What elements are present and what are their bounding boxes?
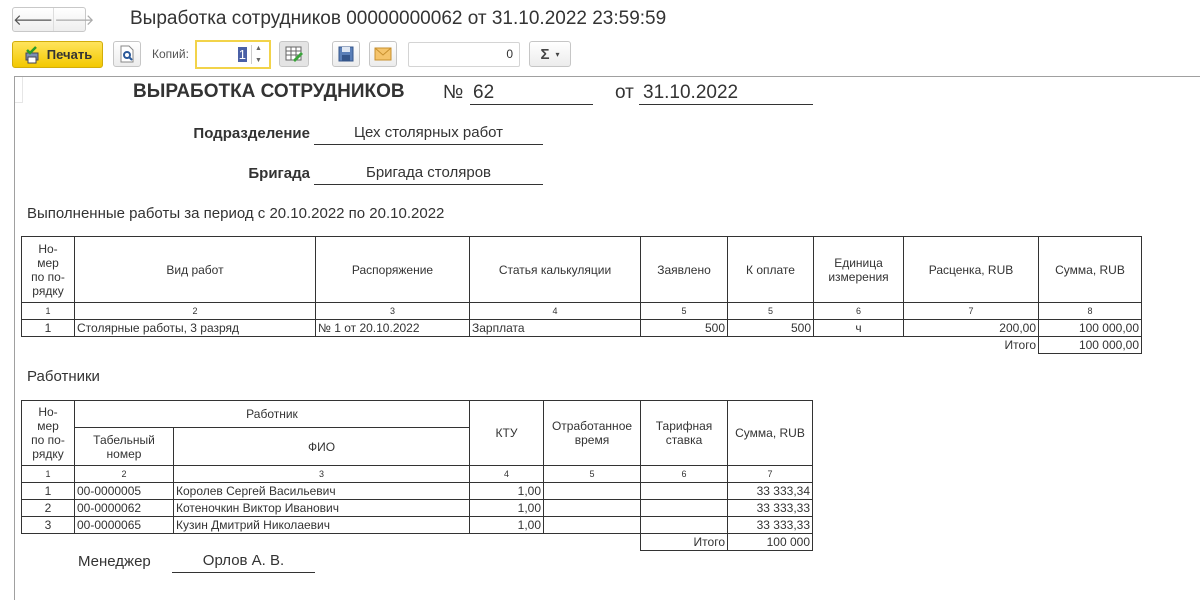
arrow-left-icon: 🡐 (13, 10, 53, 29)
department-value: Цех столярных работ (314, 124, 543, 145)
send-email-button[interactable] (369, 41, 397, 67)
manager-value: Орлов А. В. (172, 552, 315, 573)
cell: 1,00 (470, 483, 544, 500)
column-index: 6 (814, 303, 904, 320)
workers-header-number: Но-мерпо по-рядку (22, 401, 75, 466)
table-edit-icon (284, 45, 304, 63)
cell: 1,00 (470, 517, 544, 534)
document-number: 62 (470, 82, 593, 105)
manager-label: Менеджер (78, 553, 151, 570)
column-index: 5 (728, 303, 814, 320)
printer-icon (23, 46, 41, 64)
cell (641, 517, 728, 534)
workers-header-time: Отработанное время (544, 401, 641, 466)
column-index: 5 (544, 466, 641, 483)
cell: 1 (22, 483, 75, 500)
cell: 00-0000065 (75, 517, 174, 534)
envelope-icon (374, 47, 392, 61)
column-index: 1 (22, 466, 75, 483)
cell: 00-0000005 (75, 483, 174, 500)
sum-button[interactable]: Σ ▾ (529, 41, 571, 67)
cell: 2 (22, 500, 75, 517)
works-header-number: Но-мерпо по-рядку (22, 237, 75, 303)
department-label: Подразделение (110, 125, 310, 142)
cell: Зарплата (470, 320, 641, 337)
works-header: Сумма, RUB (1039, 237, 1142, 303)
sum-field: 0 (408, 42, 520, 67)
cell: № 1 от 20.10.2022 (316, 320, 470, 337)
copies-value: 1 (238, 47, 247, 62)
workers-table: Но-мерпо по-рядку Работник КТУ Отработан… (21, 400, 813, 551)
cell: 3 (22, 517, 75, 534)
dropdown-arrow-icon: ▾ (556, 50, 560, 59)
copies-input[interactable]: 1 ▲▼ (195, 40, 271, 69)
works-header: Вид работ (75, 237, 316, 303)
document-title: ВЫРАБОТКА СОТРУДНИКОВ (133, 81, 405, 103)
cell: Котеночкин Виктор Иванович (174, 500, 470, 517)
cell (641, 483, 728, 500)
works-total-label: Итого (904, 337, 1039, 354)
floppy-disk-icon (338, 46, 354, 62)
workers-header-sum: Сумма, RUB (728, 401, 813, 466)
cell: 500 (641, 320, 728, 337)
cell: 200,00 (904, 320, 1039, 337)
table-row: 1 00-0000005 Королев Сергей Васильевич 1… (22, 483, 813, 500)
workers-header-rate: Тарифная ставка (641, 401, 728, 466)
table-row: 3 00-0000065 Кузин Дмитрий Николаевич 1,… (22, 517, 813, 534)
column-index: 8 (1039, 303, 1142, 320)
forward-button[interactable]: 🡒 (53, 8, 94, 31)
print-button[interactable]: Печать (12, 41, 103, 68)
date-label: от (615, 82, 634, 104)
cell: 33 333,33 (728, 517, 813, 534)
document-date: 31.10.2022 (639, 82, 813, 105)
cell: 00-0000062 (75, 500, 174, 517)
preview-button[interactable] (113, 41, 141, 67)
print-label: Печать (47, 47, 92, 62)
column-index: 7 (904, 303, 1039, 320)
works-header: Распоряжение (316, 237, 470, 303)
works-header: Заявлено (641, 237, 728, 303)
save-button[interactable] (332, 41, 360, 67)
works-total: 100 000,00 (1039, 337, 1142, 354)
brigade-label: Бригада (110, 165, 310, 182)
cell (641, 500, 728, 517)
cell: 100 000,00 (1039, 320, 1142, 337)
cell: 33 333,34 (728, 483, 813, 500)
navigation-buttons: 🡐 🡒 (12, 7, 86, 32)
workers-header-tab-number: Табельный номер (75, 428, 174, 466)
works-header: Расценка, RUB (904, 237, 1039, 303)
workers-total: 100 000 (728, 534, 813, 551)
period-text: Выполненные работы за период с 20.10.202… (27, 205, 444, 222)
workers-total-label: Итого (641, 534, 728, 551)
arrow-right-icon: 🡒 (54, 10, 94, 29)
column-index: 4 (470, 303, 641, 320)
column-index: 2 (75, 466, 174, 483)
table-row: 2 00-0000062 Котеночкин Виктор Иванович … (22, 500, 813, 517)
works-header: Статья калькуляции (470, 237, 641, 303)
cell: 1,00 (470, 500, 544, 517)
column-index: 2 (75, 303, 316, 320)
column-index: 4 (470, 466, 544, 483)
workers-header-fio: ФИО (174, 428, 470, 466)
column-index: 6 (641, 466, 728, 483)
cell: 33 333,33 (728, 500, 813, 517)
works-header: К оплате (728, 237, 814, 303)
table-row: 1 Столярные работы, 3 разряд № 1 от 20.1… (22, 320, 1142, 337)
spin-down-icon[interactable]: ▼ (255, 57, 262, 64)
workers-header-ktu: КТУ (470, 401, 544, 466)
works-header: Единица измерения (814, 237, 904, 303)
cell: Кузин Дмитрий Николаевич (174, 517, 470, 534)
number-label: № (443, 82, 463, 104)
column-index: 5 (641, 303, 728, 320)
spin-up-icon[interactable]: ▲ (255, 45, 262, 52)
cell: 1 (22, 320, 75, 337)
column-index: 1 (22, 303, 75, 320)
cell: 500 (728, 320, 814, 337)
workers-header-worker: Работник (75, 401, 470, 428)
cell (544, 483, 641, 500)
cell (544, 500, 641, 517)
cell: ч (814, 320, 904, 337)
column-index: 7 (728, 466, 813, 483)
cell (544, 517, 641, 534)
cell: Столярные работы, 3 разряд (75, 320, 316, 337)
document-corner (15, 77, 23, 103)
copies-spinner[interactable]: ▲▼ (251, 45, 265, 64)
preview-magnifier-icon (119, 45, 135, 63)
copies-label: Копий: (152, 47, 189, 61)
brigade-value: Бригада столяров (314, 164, 543, 185)
sigma-icon: Σ (540, 46, 549, 63)
column-index: 3 (316, 303, 470, 320)
back-button[interactable]: 🡐 (13, 8, 53, 31)
workers-section-title: Работники (27, 368, 100, 385)
edit-table-button[interactable] (279, 41, 309, 67)
window-title: Выработка сотрудников 00000000062 от 31.… (130, 8, 666, 30)
works-table: Но-мерпо по-рядку Вид работ Распоряжение… (21, 236, 1142, 354)
cell: Королев Сергей Васильевич (174, 483, 470, 500)
column-index: 3 (174, 466, 470, 483)
